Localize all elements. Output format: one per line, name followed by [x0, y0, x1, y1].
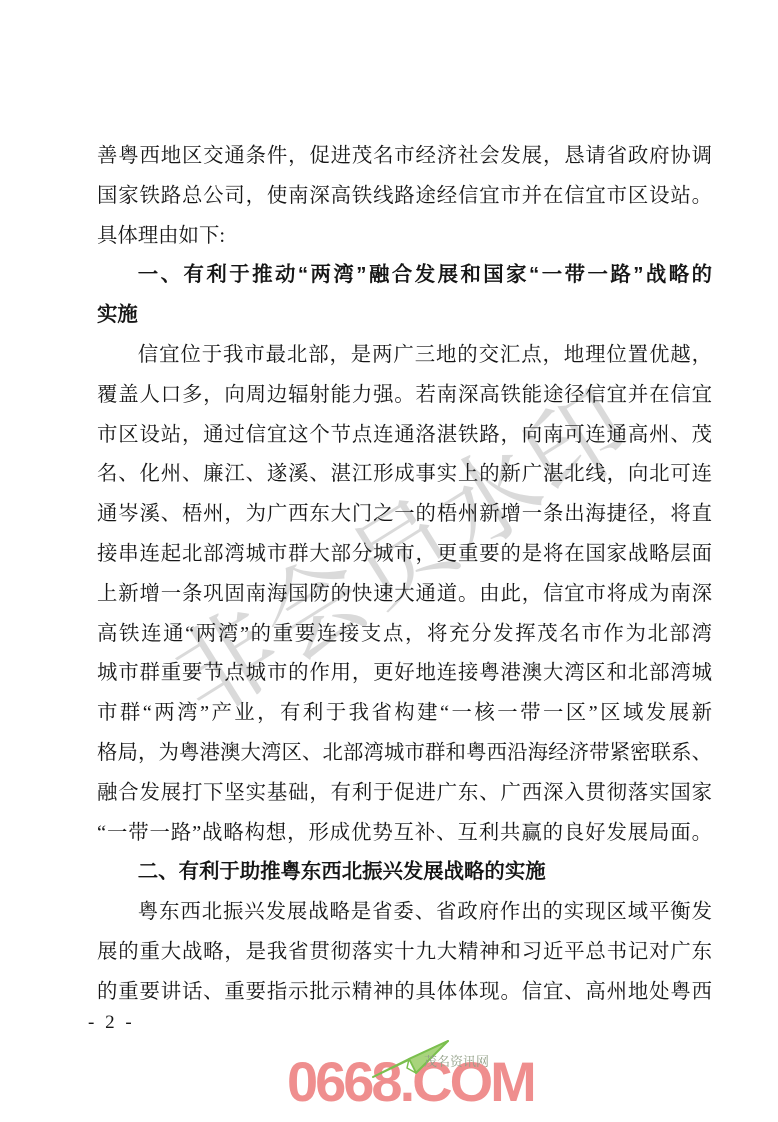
text-line: 上新增一条巩固南海国防的快速大通道。由此，信宜市将成为南深 [97, 575, 712, 615]
heading-line: 一、有利于推动“两湾”融合发展和国家“一带一路”战略的 [97, 256, 712, 296]
logo-site-name: 茂名资讯网 [424, 1055, 489, 1068]
text-line: 通岑溪、梧州，为广西东大门之一的梧州新增一条出海捷径，将直 [97, 495, 712, 535]
text-line: 国家铁路总公司，使南深高铁线路途经信宜市并在信宜市区设站。 [97, 177, 712, 217]
heading-line: 二、有利于助推粤东西北振兴发展战略的实施 [97, 853, 712, 893]
text-line: 市群“两湾”产业，有利于我省构建“一核一带一区”区域发展新 [97, 694, 712, 734]
text-line: 信宜位于我市最北部，是两广三地的交汇点，地理位置优越， [97, 336, 712, 376]
text-line: 融合发展打下坚实基础，有利于促进广东、广西深入贯彻落实国家 [97, 774, 712, 814]
text-line: 善粤西地区交通条件，促进茂名市经济社会发展，恳请省政府协调 [97, 137, 712, 177]
text-line: 名、化州、廉江、遂溪、湛江形成事实上的新广湛北线，向北可连 [97, 455, 712, 495]
text-line: “一带一路”战略构想，形成优势互补、互利共赢的良好发展局面。 [97, 814, 712, 854]
text-line: 高铁连通“两湾”的重要连接支点，将充分发挥茂名市作为北部湾 [97, 615, 712, 655]
site-logo-stamp: 0668.COM 茂名资讯网 [287, 1040, 557, 1112]
text-line: 格局，为粤港澳大湾区、北部湾城市群和粤西沿海经济带紧密联系、 [97, 734, 712, 774]
text-line: 覆盖人口多，向周边辐射能力强。若南深高铁能途径信宜并在信宜 [97, 376, 712, 416]
text-line: 粤东西北振兴发展战略是省委、省政府作出的实现区域平衡发 [97, 893, 712, 933]
scanned-document-page: 非会员水印 善粤西地区交通条件，促进茂名市经济社会发展，恳请省政府协调国家铁路总… [0, 0, 778, 1122]
text-line: 城市群重要节点城市的作用，更好地连接粤港澳大湾区和北部湾城 [97, 654, 712, 694]
document-body: 善粤西地区交通条件，促进茂名市经济社会发展，恳请省政府协调国家铁路总公司，使南深… [97, 137, 712, 1013]
text-line: 接串连起北部湾城市群大部分城市，更重要的是将在国家战略层面 [97, 535, 712, 575]
text-line: 展的重大战略，是我省贯彻落实十九大精神和习近平总书记对广东 [97, 933, 712, 973]
text-line: 的重要讲话、重要指示批示精神的具体体现。信宜、高州地处粤西 [97, 973, 712, 1013]
text-line: 具体理由如下: [97, 217, 712, 257]
page-number: - 2 - [88, 1012, 135, 1034]
heading-line: 实施 [97, 296, 712, 336]
text-line: 市区设站，通过信宜这个节点连通洛湛铁路，向南可连通高州、茂 [97, 416, 712, 456]
